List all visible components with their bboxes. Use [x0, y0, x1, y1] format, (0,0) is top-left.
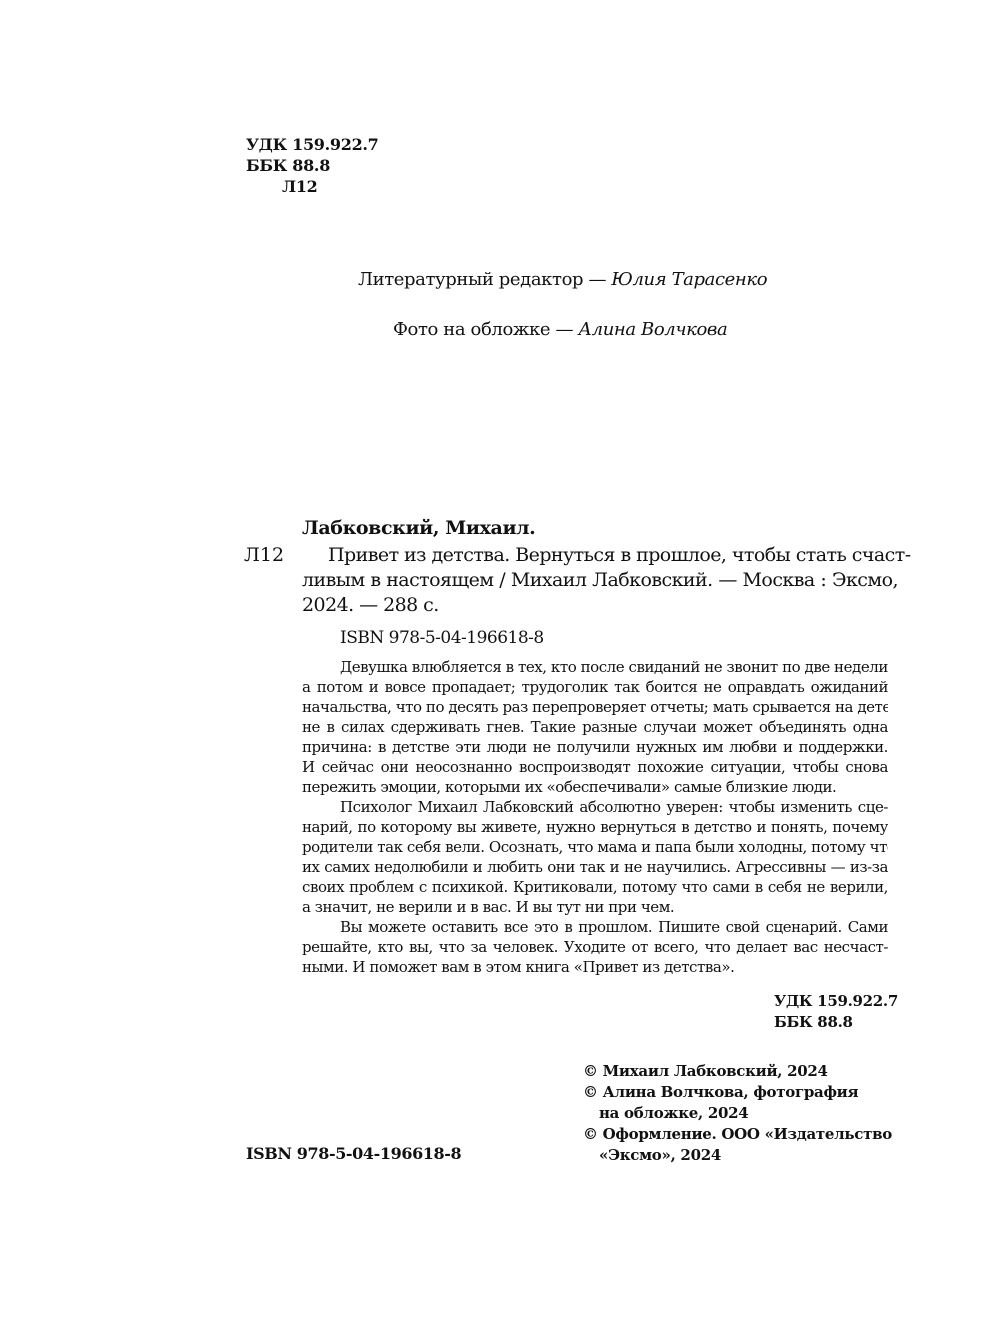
record-description: Привет из детства. Вернуться в прошлое, … [302, 543, 898, 618]
annotation-line: а потом и вовсе пропадает; трудоголик та… [302, 677, 888, 697]
udk-code: УДК 159.922.7 [774, 991, 898, 1012]
bbk-code: ББК 88.8 [246, 155, 379, 176]
top-classification-codes: УДК 159.922.7 ББК 88.8 Л12 [246, 134, 379, 197]
description-line: 2024. — 288 с. [302, 593, 898, 618]
record-isbn: ISBN 978-5-04-196618-8 [340, 627, 544, 649]
annotation-line: их самих недолюбили и любить они так и н… [302, 857, 888, 877]
isbn-bottom: ISBN 978-5-04-196618-8 [246, 1143, 461, 1164]
annotation-line: Психолог Михаил Лабковский абсолютно уве… [302, 797, 888, 817]
annotation-line: Вы можете оставить все это в прошлом. Пи… [302, 917, 888, 937]
record-cutter: Л12 [244, 543, 284, 567]
annotation-line: своих проблем с психикой. Критиковали, п… [302, 877, 888, 897]
cover-photo-credit: Фото на обложке — Алина Волчкова [393, 319, 727, 341]
annotation-line: нарий, по которому вы живете, нужно верн… [302, 817, 888, 837]
photographer-name: Алина Волчкова [578, 319, 727, 340]
copyright-block: © Михаил Лабковский, 2024 © Алина Волчко… [583, 1061, 892, 1166]
description-line: ливым в настоящем / Михаил Лабковский. —… [302, 568, 898, 593]
annotation-line: пережить эмоции, которыми их «обеспечива… [302, 777, 888, 797]
annotation-line: а значит, не верили и в вас. И вы тут ни… [302, 897, 888, 917]
annotation-line: начальства, что по десять раз перепровер… [302, 697, 888, 717]
annotation-line: ными. И поможет вам в этом книга «Привет… [302, 957, 888, 977]
udk-code: УДК 159.922.7 [246, 134, 379, 155]
description-line: Привет из детства. Вернуться в прошлое, … [302, 543, 898, 568]
photo-role: Фото на обложке — [393, 319, 578, 340]
bottom-classification-codes: УДК 159.922.7 ББК 88.8 [774, 991, 898, 1033]
annotation-line: Девушка влюбляется в тех, кто после свид… [302, 657, 888, 677]
annotation: Девушка влюбляется в тех, кто после свид… [302, 657, 888, 977]
annotation-line: решайте, кто вы, что за человек. Уходите… [302, 937, 888, 957]
copyright-line: © Алина Волчкова, фотография [583, 1082, 892, 1103]
copyright-line: на обложке, 2024 [583, 1103, 892, 1124]
bbk-code: ББК 88.8 [774, 1012, 898, 1033]
cutter-code: Л12 [246, 176, 379, 197]
copyright-line: © Оформление. ООО «Издательство [583, 1124, 892, 1145]
copyright-line: «Эксмо», 2024 [583, 1145, 892, 1166]
literary-editor-credit: Литературный редактор — Юлия Тарасенко [358, 269, 767, 291]
editor-name: Юлия Тарасенко [611, 269, 767, 290]
annotation-line: не в силах сдерживать гнев. Такие разные… [302, 717, 888, 737]
annotation-line: причина: в детстве эти люди не получили … [302, 737, 888, 757]
editor-role: Литературный редактор — [358, 269, 611, 290]
annotation-line: И сейчас они неосознанно воспроизводят п… [302, 757, 888, 777]
copyright-line: © Михаил Лабковский, 2024 [583, 1061, 892, 1082]
record-author: Лабковский, Михаил. [302, 516, 535, 540]
annotation-line: родители так себя вели. Осознать, что ма… [302, 837, 888, 857]
